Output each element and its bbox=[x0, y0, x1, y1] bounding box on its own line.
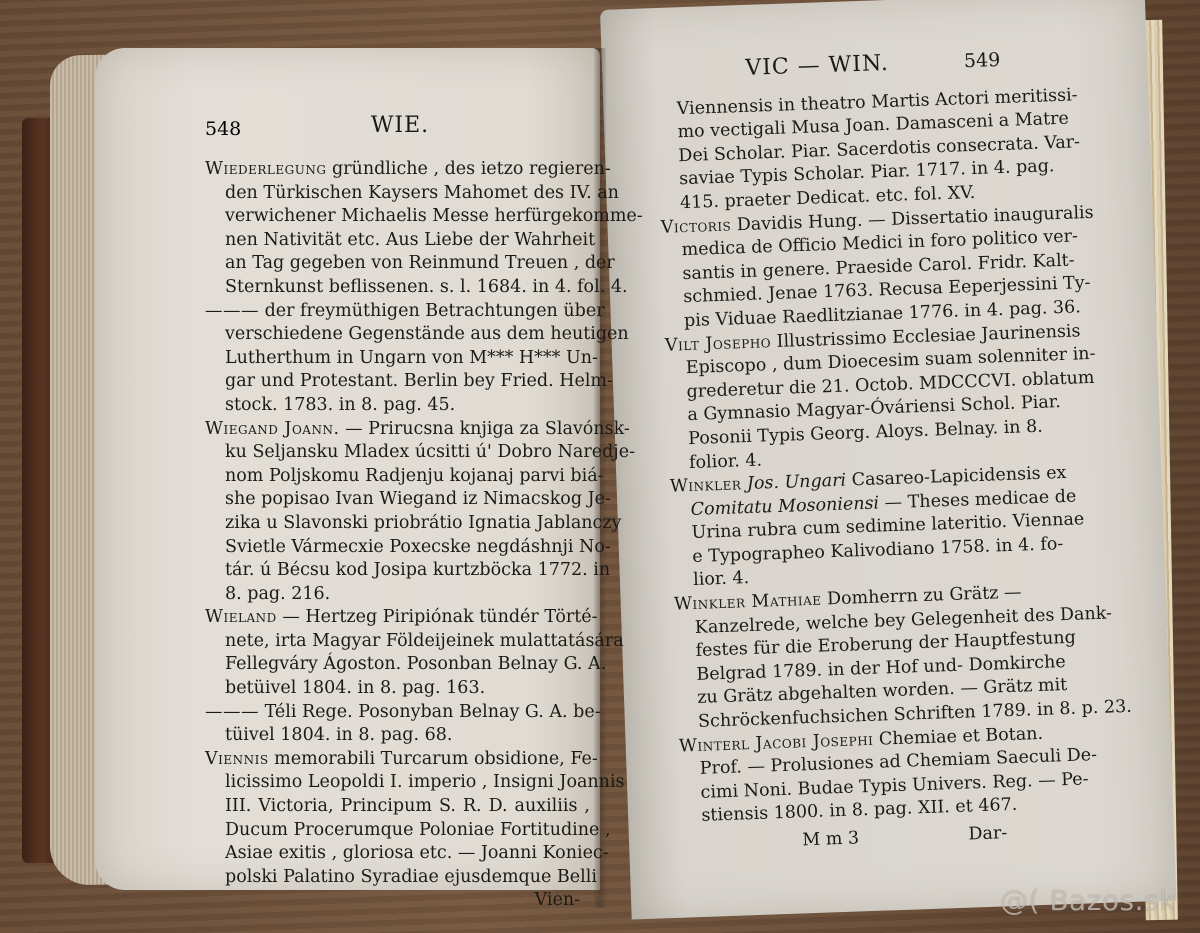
line-text: stock. 1783. in 8. pag. 45. bbox=[225, 395, 455, 415]
text-line: ——— Téli Rege. Posonyban Belnay G. A. be… bbox=[205, 701, 590, 725]
text-line: licissimo Leopoldi I. imperio , Insigni … bbox=[205, 771, 590, 795]
line-text: gar und Protestant. Berlin bey Fried. He… bbox=[225, 371, 613, 391]
line-text: nete, irta Magyar Földeijeinek mulattatá… bbox=[225, 631, 624, 651]
line-text: verwichener Michaelis Messe herfürgekomm… bbox=[225, 206, 643, 226]
line-text: nom Poljskomu Radjenju kojanaj parvi biá… bbox=[225, 466, 604, 486]
right-running-head: VIC — WIN. bbox=[745, 52, 889, 81]
left-running-head: WIE. bbox=[205, 114, 595, 156]
line-text: III. Victoria, Principum S. R. D. auxili… bbox=[225, 796, 590, 816]
line-text: folior. 4. bbox=[689, 450, 763, 473]
entry-heading: Winkler Mathiae bbox=[674, 590, 822, 615]
line-text: zika u Slavonski priobrátio Ignatia Jabl… bbox=[225, 513, 621, 533]
text-line: zika u Slavonski priobrátio Ignatia Jabl… bbox=[205, 512, 590, 536]
entry-heading: Wiegand Joann. bbox=[205, 419, 340, 439]
text-line: nom Poljskomu Radjenju kojanaj parvi biá… bbox=[205, 465, 590, 489]
text-line: den Türkischen Kaysers Mahomet des IV. a… bbox=[205, 182, 590, 206]
entry-heading: Wiederlegung bbox=[205, 159, 326, 179]
text-line: tár. ú Bécsu kod Josipa kurtzböcka 1772.… bbox=[205, 559, 590, 583]
line-text: tüivel 1804. in 8. pag. 68. bbox=[225, 725, 452, 745]
line-text: Asiae exitis , gloriosa etc. — Joanni Ko… bbox=[225, 843, 609, 863]
text-line: Viennis memorabili Turcarum obsidione, F… bbox=[205, 748, 590, 772]
entry-heading: Vilt Josepho bbox=[665, 332, 772, 356]
line-text: Svietle Vármecxie Poxecske negdáshnji No… bbox=[225, 537, 611, 557]
text-line: Wieland — Hertzeg Piripiónak tündér Tört… bbox=[205, 606, 590, 630]
line-text: — Prirucsna knjiga za Slavónsk- bbox=[340, 419, 630, 439]
line-text: polski Palatino Syradiae ejusdemque Bell… bbox=[225, 867, 597, 887]
text-line: Svietle Vármecxie Poxecske negdáshnji No… bbox=[205, 536, 590, 560]
text-line: she popisao Ivan Wiegand iz Nimacskog Je… bbox=[205, 488, 590, 512]
entry-heading: Viennis bbox=[205, 749, 269, 769]
entry-heading: Victoris bbox=[660, 215, 731, 237]
line-text: 8. pag. 216. bbox=[225, 584, 330, 604]
text-line: verschiedene Gegenstände aus dem heutige… bbox=[205, 323, 590, 347]
line-text: Téli Rege. Posonyban Belnay G. A. be- bbox=[259, 702, 601, 722]
text-line: ku Seljansku Mladex úcsitti ú' Dobro Nar… bbox=[205, 441, 590, 465]
left-page-text: Wiederlegung gründliche , des ietzo regi… bbox=[205, 158, 590, 913]
line-text: lior. 4. bbox=[693, 569, 750, 591]
line-text: Domherrn zu Grätz — bbox=[821, 583, 1022, 610]
text-line: gar und Protestant. Berlin bey Fried. He… bbox=[205, 370, 590, 394]
line-text: Lutherthum in Ungarn von M*** H*** Un- bbox=[225, 348, 598, 368]
entry-heading: ——— bbox=[205, 301, 259, 321]
line-text: ku Seljansku Mladex úcsitti ú' Dobro Nar… bbox=[225, 442, 635, 462]
right-page-number: 549 bbox=[964, 49, 1001, 74]
right-page-text: Viennensis in theatro Martis Actori meri… bbox=[656, 87, 1026, 830]
line-text: Ducum Procerumque Poloniae Fortitudine , bbox=[225, 820, 611, 840]
entry-heading: Winkler bbox=[670, 474, 742, 496]
text-line: verwichener Michaelis Messe herfürgekomm… bbox=[205, 205, 590, 229]
line-text: an Tag gegeben von Reinmund Treuen , der bbox=[225, 253, 615, 273]
line-text: — Hertzeg Piripiónak tündér Törté- bbox=[277, 607, 598, 627]
left-catchword: Vien- bbox=[205, 889, 590, 913]
text-line: Wiegand Joann. — Prirucsna knjiga za Sla… bbox=[205, 418, 590, 442]
text-line: 8. pag. 216. bbox=[205, 583, 590, 607]
line-text: memorabili Turcarum obsidione, Fe- bbox=[269, 749, 598, 769]
line-text: Fellegváry Ágoston. Posonban Belnay G. A… bbox=[225, 654, 606, 674]
right-catchword: Dar- bbox=[968, 822, 1008, 847]
text-line: polski Palatino Syradiae ejusdemque Bell… bbox=[205, 866, 590, 890]
line-text: der freymüthigen Betrachtungen über bbox=[259, 301, 605, 321]
text-line: Asiae exitis , gloriosa etc. — Joanni Ko… bbox=[205, 842, 590, 866]
text-line: tüivel 1804. in 8. pag. 68. bbox=[205, 724, 590, 748]
line-text: verschiedene Gegenstände aus dem heutige… bbox=[225, 324, 629, 344]
line-text: betüivel 1804. in 8. pag. 163. bbox=[225, 678, 485, 698]
right-page-content: VIC — WIN. 549 Viennensis in theatro Mar… bbox=[655, 48, 1028, 857]
signature-mark: M m 3 bbox=[802, 827, 860, 853]
entry-heading: Wieland bbox=[205, 607, 277, 627]
text-line: an Tag gegeben von Reinmund Treuen , der bbox=[205, 252, 590, 276]
text-line: III. Victoria, Principum S. R. D. auxili… bbox=[205, 795, 590, 819]
text-line: stock. 1783. in 8. pag. 45. bbox=[205, 394, 590, 418]
line-text: licissimo Leopoldi I. imperio , Insigni … bbox=[225, 772, 625, 792]
text-line: Lutherthum in Ungarn von M*** H*** Un- bbox=[205, 347, 590, 371]
text-line: Ducum Procerumque Poloniae Fortitudine , bbox=[205, 819, 590, 843]
text-line: Wiederlegung gründliche , des ietzo regi… bbox=[205, 158, 590, 182]
line-text: gründliche , des ietzo regieren- bbox=[326, 159, 610, 179]
line-text: Sternkunst beflissenen. s. l. 1684. in 4… bbox=[225, 277, 628, 297]
text-line: ——— der freymüthigen Betrachtungen über bbox=[205, 300, 590, 324]
entry-heading: ——— bbox=[205, 702, 259, 722]
line-text: den Türkischen Kaysers Mahomet des IV. a… bbox=[225, 183, 619, 203]
text-line: nete, irta Magyar Földeijeinek mulattatá… bbox=[205, 630, 590, 654]
line-text: nen Nativität etc. Aus Liebe der Wahrhei… bbox=[225, 230, 595, 250]
text-line: nen Nativität etc. Aus Liebe der Wahrhei… bbox=[205, 229, 590, 253]
text-line: Fellegváry Ágoston. Posonban Belnay G. A… bbox=[205, 653, 590, 677]
line-text: Chemiae et Botan. bbox=[873, 723, 1043, 749]
text-line: Sternkunst beflissenen. s. l. 1684. in 4… bbox=[205, 276, 590, 300]
entry-heading-italic: Jos. Ungari bbox=[741, 471, 846, 495]
line-text: tár. ú Bécsu kod Josipa kurtzböcka 1772.… bbox=[225, 560, 610, 580]
bazos-watermark: @( Bazos.sk bbox=[1000, 884, 1176, 917]
line-text: she popisao Ivan Wiegand iz Nimacskog Je… bbox=[225, 489, 611, 509]
text-line: betüivel 1804. in 8. pag. 163. bbox=[205, 677, 590, 701]
